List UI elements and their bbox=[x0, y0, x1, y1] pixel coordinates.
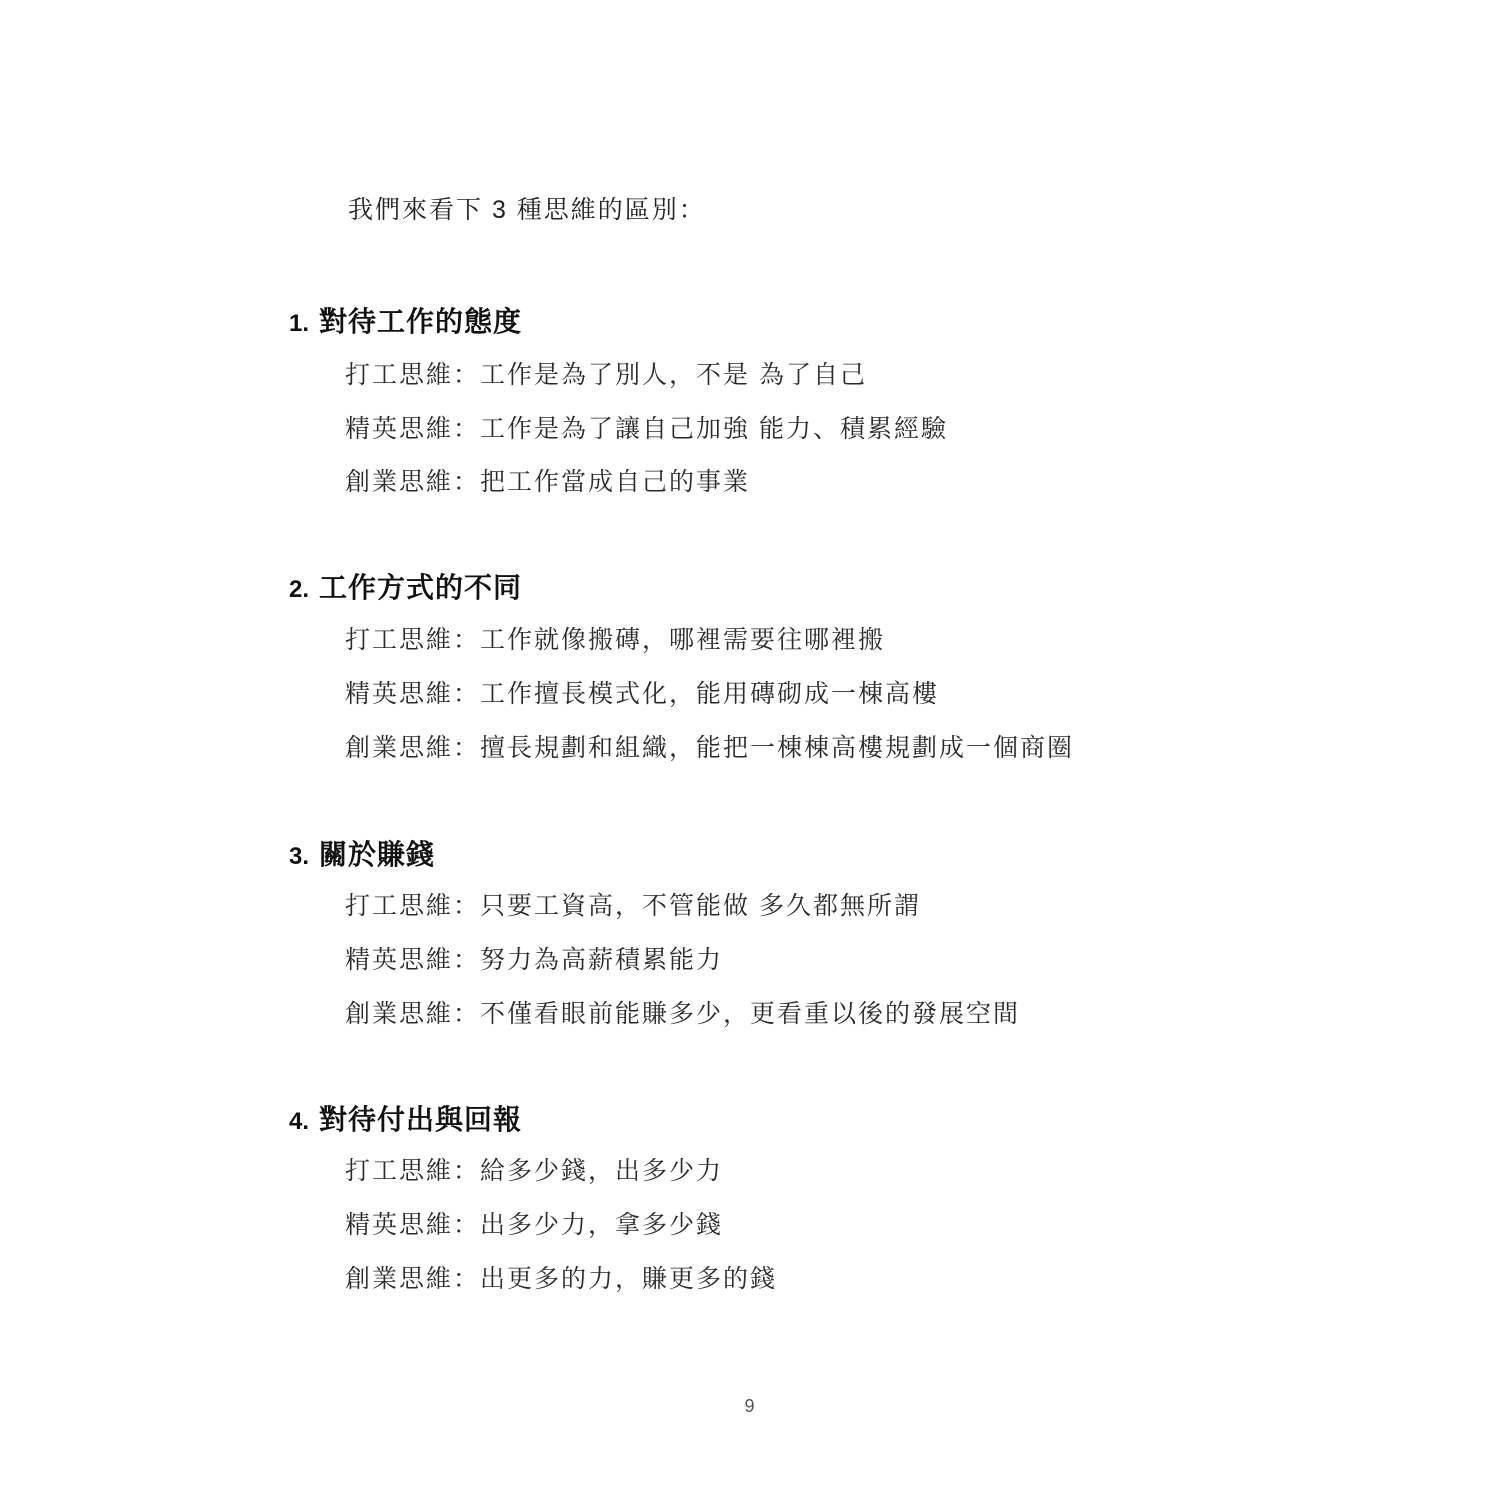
section-number: 4. bbox=[289, 1108, 309, 1135]
mindset-line: 創業思維：出更多的力，賺更多的錢 bbox=[345, 1259, 777, 1295]
section-title: 對待工作的態度 bbox=[319, 306, 522, 337]
intro-paragraph: 我們來看下 3 種思維的區別： bbox=[348, 190, 706, 226]
mindset-line: 創業思維：把工作當成自己的事業 bbox=[345, 462, 750, 498]
mindset-line: 精英思維：工作擅長模式化，能用磚砌成一棟高樓 bbox=[345, 674, 939, 710]
mindset-line: 打工思維：只要工資高，不管能做 多久都無所謂 bbox=[345, 886, 921, 922]
section-heading-2: 2.工作方式的不同 bbox=[289, 566, 522, 606]
section-number: 2. bbox=[289, 576, 309, 603]
mindset-line: 打工思維：給多少錢，出多少力 bbox=[345, 1151, 723, 1187]
mindset-line: 精英思維：工作是為了讓自己加強 能力、積累經驗 bbox=[345, 409, 948, 445]
mindset-line: 創業思維：擅長規劃和組織，能把一棟棟高樓規劃成一個商圈 bbox=[345, 728, 1074, 764]
mindset-line: 創業思維：不僅看眼前能賺多少，更看重以後的發展空間 bbox=[345, 994, 1020, 1030]
section-title: 對待付出與回報 bbox=[319, 1104, 522, 1135]
section-heading-4: 4.對待付出與回報 bbox=[289, 1098, 522, 1138]
section-heading-3: 3.關於賺錢 bbox=[289, 833, 435, 873]
section-title: 工作方式的不同 bbox=[319, 572, 522, 603]
mindset-line: 打工思維：工作是為了別人，不是 為了自己 bbox=[345, 355, 867, 391]
mindset-line: 精英思維：出多少力，拿多少錢 bbox=[345, 1205, 723, 1241]
section-number: 1. bbox=[289, 310, 309, 337]
mindset-line: 精英思維：努力為高薪積累能力 bbox=[345, 940, 723, 976]
page-number: 9 bbox=[0, 1396, 1500, 1417]
section-number: 3. bbox=[289, 843, 309, 870]
section-heading-1: 1.對待工作的態度 bbox=[289, 300, 522, 340]
mindset-line: 打工思維：工作就像搬磚，哪裡需要往哪裡搬 bbox=[345, 620, 885, 656]
section-title: 關於賺錢 bbox=[319, 839, 435, 870]
document-page: 我們來看下 3 種思維的區別： 1.對待工作的態度 打工思維：工作是為了別人，不… bbox=[0, 0, 1500, 1500]
